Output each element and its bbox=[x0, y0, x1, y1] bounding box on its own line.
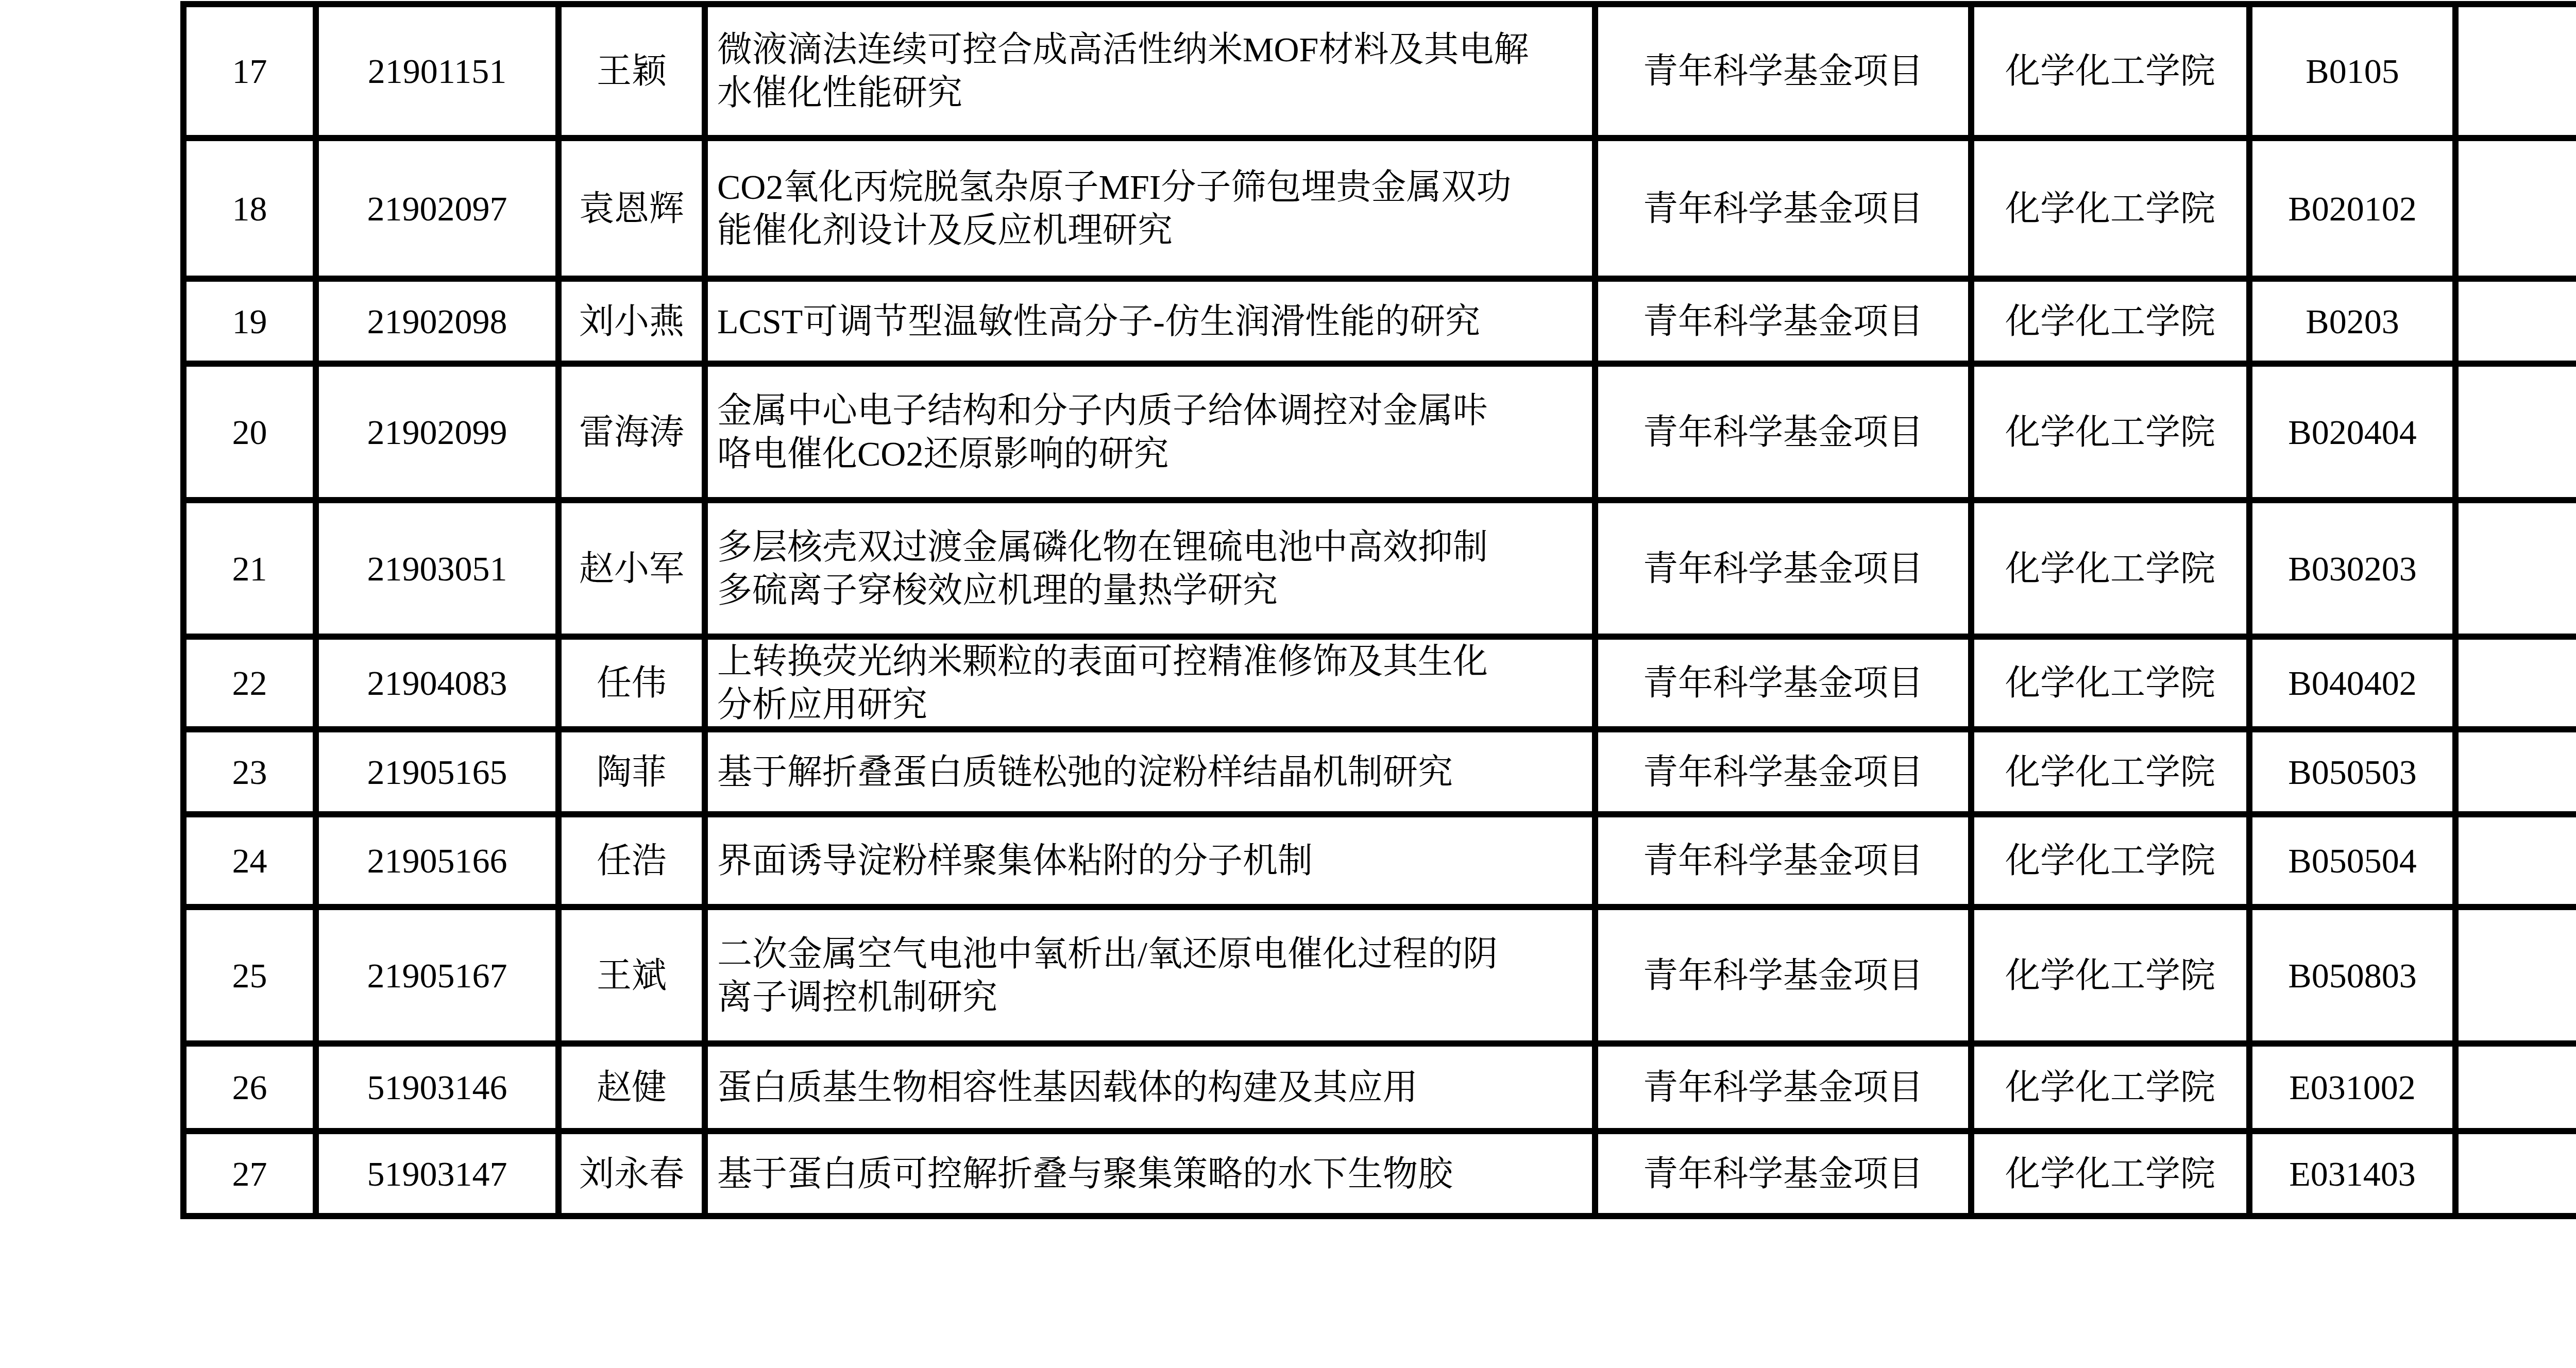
cell-subject-code: B0105 bbox=[2249, 4, 2455, 138]
cell-project-id: 21905166 bbox=[316, 814, 558, 907]
cell-project-category: 青年科学基金项目 bbox=[1595, 364, 1971, 500]
cell-department: 化学化工学院 bbox=[1971, 814, 2249, 907]
cell-seq-number: 27 bbox=[183, 1131, 316, 1216]
cell-project-id: 21905167 bbox=[316, 907, 558, 1044]
cell-amount: 26 bbox=[2455, 279, 2576, 364]
cell-department: 化学化工学院 bbox=[1971, 729, 2249, 814]
cell-department: 化学化工学院 bbox=[1971, 364, 2249, 500]
cell-subject-code: B020404 bbox=[2249, 364, 2455, 500]
cell-pi-name: 袁恩辉 bbox=[558, 138, 705, 279]
cell-seq-number: 23 bbox=[183, 729, 316, 814]
cell-amount: 26 bbox=[2455, 364, 2576, 500]
table-row: 21 21903051 赵小军 多层核壳双过渡金属磷化物在锂硫电池中高效抑制 多… bbox=[183, 500, 2576, 637]
cell-amount: 25 bbox=[2455, 907, 2576, 1044]
cell-subject-code: B0203 bbox=[2249, 279, 2455, 364]
cell-pi-name: 刘永春 bbox=[558, 1131, 705, 1216]
cell-seq-number: 22 bbox=[183, 637, 316, 729]
cell-amount: 25 bbox=[2455, 1044, 2576, 1131]
cell-project-category: 青年科学基金项目 bbox=[1595, 279, 1971, 364]
cell-project-category: 青年科学基金项目 bbox=[1595, 1044, 1971, 1131]
cell-department: 化学化工学院 bbox=[1971, 4, 2249, 138]
cell-subject-code: B050504 bbox=[2249, 814, 2455, 907]
cell-project-category: 青年科学基金项目 bbox=[1595, 500, 1971, 637]
cell-pi-name: 赵健 bbox=[558, 1044, 705, 1131]
cell-seq-number: 24 bbox=[183, 814, 316, 907]
cell-amount: 26 bbox=[2455, 138, 2576, 279]
cell-department: 化学化工学院 bbox=[1971, 637, 2249, 729]
cell-subject-code: B050503 bbox=[2249, 729, 2455, 814]
cell-project-title: 基于解折叠蛋白质链松弛的淀粉样结晶机制研究 bbox=[705, 729, 1595, 814]
cell-subject-code: E031002 bbox=[2249, 1044, 2455, 1131]
cell-project-id: 21902098 bbox=[316, 279, 558, 364]
cell-project-title: 界面诱导淀粉样聚集体粘附的分子机制 bbox=[705, 814, 1595, 907]
cell-department: 化学化工学院 bbox=[1971, 1131, 2249, 1216]
funding-projects-table-container: 17 21901151 王颖 微液滴法连续可控合成高活性纳米MOF材料及其电解 … bbox=[180, 1, 2576, 1219]
cell-subject-code: B020102 bbox=[2249, 138, 2455, 279]
cell-pi-name: 刘小燕 bbox=[558, 279, 705, 364]
cell-amount: 25 bbox=[2455, 729, 2576, 814]
table-row: 23 21905165 陶菲 基于解折叠蛋白质链松弛的淀粉样结晶机制研究 青年科… bbox=[183, 729, 2576, 814]
table-row: 19 21902098 刘小燕 LCST可调节型温敏性高分子-仿生润滑性能的研究… bbox=[183, 279, 2576, 364]
cell-project-category: 青年科学基金项目 bbox=[1595, 637, 1971, 729]
cell-seq-number: 20 bbox=[183, 364, 316, 500]
cell-project-title: 蛋白质基生物相容性基因载体的构建及其应用 bbox=[705, 1044, 1595, 1131]
cell-project-id: 21901151 bbox=[316, 4, 558, 138]
table-row: 22 21904083 任伟 上转换荧光纳米颗粒的表面可控精准修饰及其生化 分析… bbox=[183, 637, 2576, 729]
cell-seq-number: 18 bbox=[183, 138, 316, 279]
table-row: 20 21902099 雷海涛 金属中心电子结构和分子内质子给体调控对金属咔 咯… bbox=[183, 364, 2576, 500]
cell-project-title: 金属中心电子结构和分子内质子给体调控对金属咔 咯电催化CO2还原影响的研究 bbox=[705, 364, 1595, 500]
cell-project-id: 21903051 bbox=[316, 500, 558, 637]
cell-seq-number: 25 bbox=[183, 907, 316, 1044]
cell-project-category: 青年科学基金项目 bbox=[1595, 138, 1971, 279]
cell-pi-name: 陶菲 bbox=[558, 729, 705, 814]
cell-project-category: 青年科学基金项目 bbox=[1595, 4, 1971, 138]
cell-project-id: 21902097 bbox=[316, 138, 558, 279]
table-row: 18 21902097 袁恩辉 CO2氧化丙烷脱氢杂原子MFI分子筛包埋贵金属双… bbox=[183, 138, 2576, 279]
cell-pi-name: 任浩 bbox=[558, 814, 705, 907]
cell-project-id: 21902099 bbox=[316, 364, 558, 500]
cell-project-id: 51903147 bbox=[316, 1131, 558, 1216]
cell-department: 化学化工学院 bbox=[1971, 279, 2249, 364]
cell-project-id: 21904083 bbox=[316, 637, 558, 729]
cell-pi-name: 赵小军 bbox=[558, 500, 705, 637]
cell-project-category: 青年科学基金项目 bbox=[1595, 814, 1971, 907]
cell-department: 化学化工学院 bbox=[1971, 138, 2249, 279]
cell-pi-name: 雷海涛 bbox=[558, 364, 705, 500]
table-row: 17 21901151 王颖 微液滴法连续可控合成高活性纳米MOF材料及其电解 … bbox=[183, 4, 2576, 138]
cell-subject-code: B030203 bbox=[2249, 500, 2455, 637]
cell-project-id: 21905165 bbox=[316, 729, 558, 814]
cell-project-title: 上转换荧光纳米颗粒的表面可控精准修饰及其生化 分析应用研究 bbox=[705, 637, 1595, 729]
cell-project-category: 青年科学基金项目 bbox=[1595, 907, 1971, 1044]
table-row: 27 51903147 刘永春 基于蛋白质可控解折叠与聚集策略的水下生物胶 青年… bbox=[183, 1131, 2576, 1216]
cell-amount: 25 bbox=[2455, 637, 2576, 729]
cell-amount: 25 bbox=[2455, 4, 2576, 138]
table-row: 25 21905167 王斌 二次金属空气电池中氧析出/氧还原电催化过程的阴 离… bbox=[183, 907, 2576, 1044]
cell-project-title: 二次金属空气电池中氧析出/氧还原电催化过程的阴 离子调控机制研究 bbox=[705, 907, 1595, 1044]
cell-project-title: 基于蛋白质可控解折叠与聚集策略的水下生物胶 bbox=[705, 1131, 1595, 1216]
cell-subject-code: B050803 bbox=[2249, 907, 2455, 1044]
cell-seq-number: 17 bbox=[183, 4, 316, 138]
cell-pi-name: 王颖 bbox=[558, 4, 705, 138]
cell-project-id: 51903146 bbox=[316, 1044, 558, 1131]
cell-seq-number: 19 bbox=[183, 279, 316, 364]
funding-projects-table: 17 21901151 王颖 微液滴法连续可控合成高活性纳米MOF材料及其电解 … bbox=[180, 1, 2576, 1219]
cell-pi-name: 任伟 bbox=[558, 637, 705, 729]
cell-project-title: LCST可调节型温敏性高分子-仿生润滑性能的研究 bbox=[705, 279, 1595, 364]
cell-subject-code: B040402 bbox=[2249, 637, 2455, 729]
table-row: 26 51903146 赵健 蛋白质基生物相容性基因载体的构建及其应用 青年科学… bbox=[183, 1044, 2576, 1131]
cell-subject-code: E031403 bbox=[2249, 1131, 2455, 1216]
cell-department: 化学化工学院 bbox=[1971, 1044, 2249, 1131]
cell-department: 化学化工学院 bbox=[1971, 500, 2249, 637]
cell-pi-name: 王斌 bbox=[558, 907, 705, 1044]
table-row: 24 21905166 任浩 界面诱导淀粉样聚集体粘附的分子机制 青年科学基金项… bbox=[183, 814, 2576, 907]
cell-project-title: 多层核壳双过渡金属磷化物在锂硫电池中高效抑制 多硫离子穿梭效应机理的量热学研究 bbox=[705, 500, 1595, 637]
cell-amount: 26 bbox=[2455, 814, 2576, 907]
cell-seq-number: 21 bbox=[183, 500, 316, 637]
cell-amount: 26 bbox=[2455, 500, 2576, 637]
cell-amount: 26 bbox=[2455, 1131, 2576, 1216]
page: { "page": { "background_color": "#ffffff… bbox=[0, 0, 2576, 1368]
cell-project-title: 微液滴法连续可控合成高活性纳米MOF材料及其电解 水催化性能研究 bbox=[705, 4, 1595, 138]
cell-project-category: 青年科学基金项目 bbox=[1595, 1131, 1971, 1216]
cell-seq-number: 26 bbox=[183, 1044, 316, 1131]
cell-project-title: CO2氧化丙烷脱氢杂原子MFI分子筛包埋贵金属双功 能催化剂设计及反应机理研究 bbox=[705, 138, 1595, 279]
cell-department: 化学化工学院 bbox=[1971, 907, 2249, 1044]
cell-project-category: 青年科学基金项目 bbox=[1595, 729, 1971, 814]
